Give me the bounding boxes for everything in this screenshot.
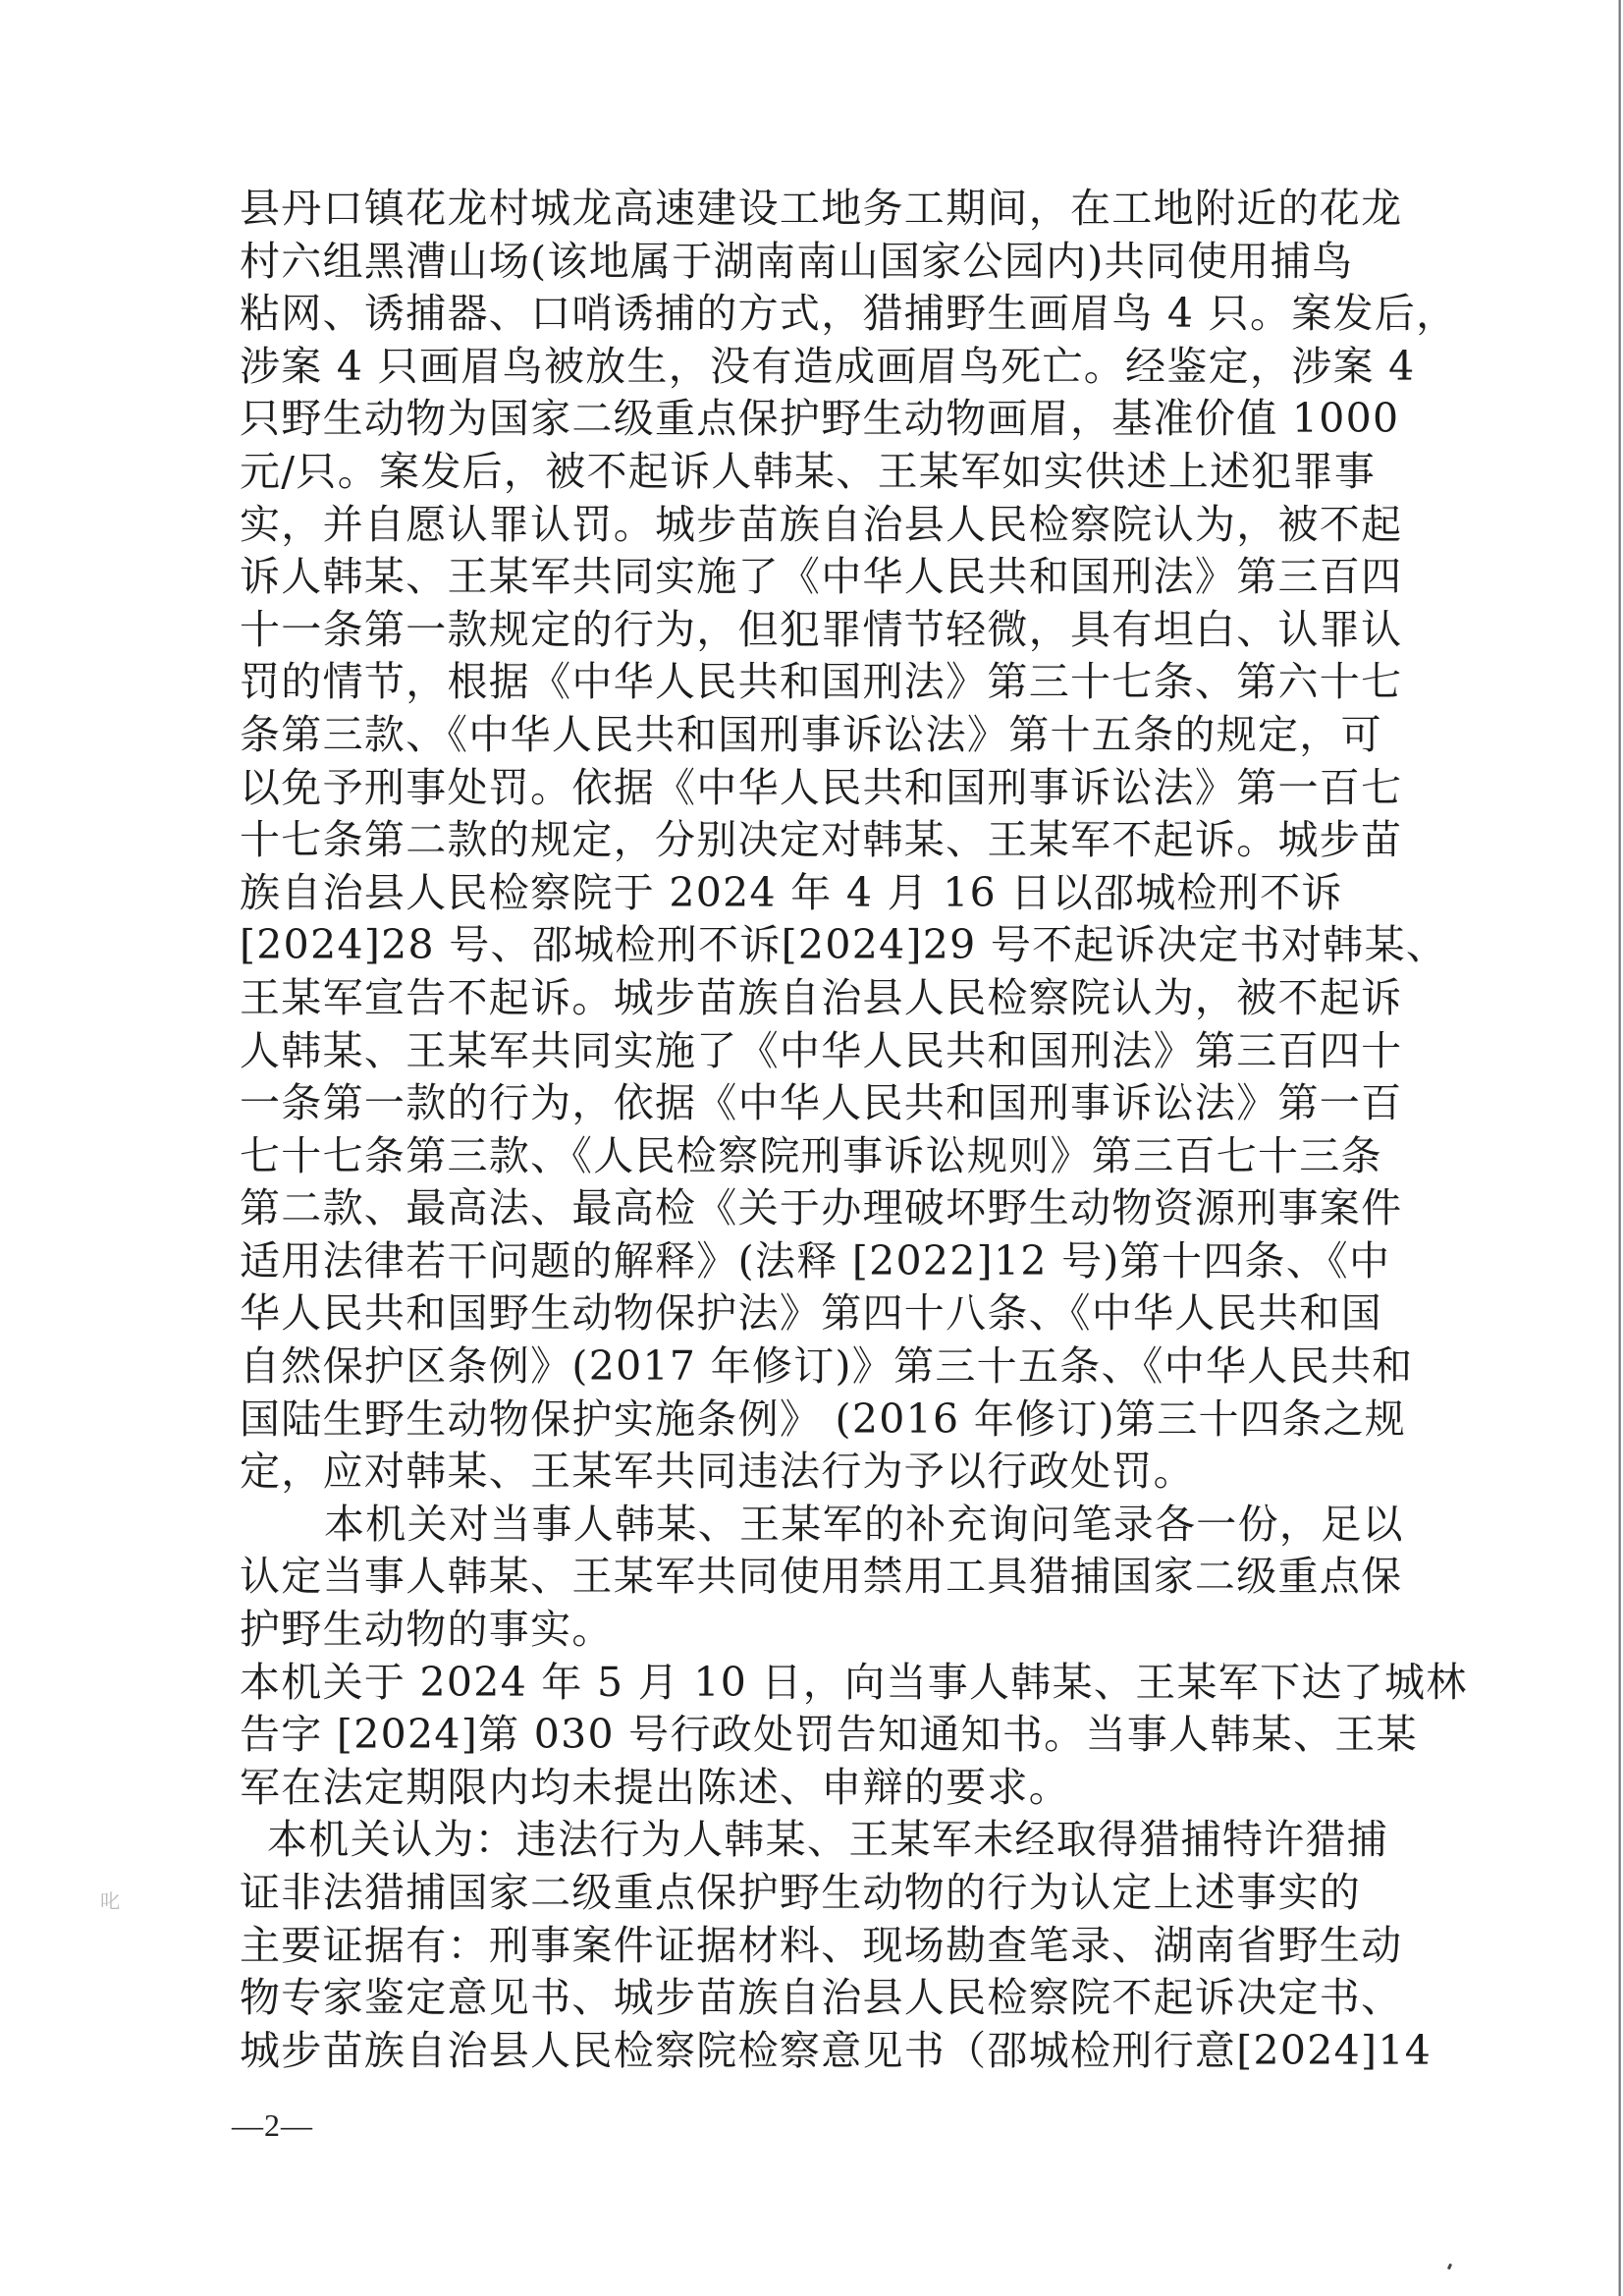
text-line: 国陆生野生动物保护实施条例》 (2016 年修订)第三十四条之规 [240,1394,1369,1447]
text-line: 族自治县人民检察院于 2024 年 4 月 16 日以邵城检刑不诉 [240,867,1369,920]
text-line: 实，并自愿认罪认罚。城步苗族自治县人民检察院认为，被不起 [240,499,1369,552]
text-line: 主要证据有：刑事案件证据材料、现场勘查笔录、湖南省野生动 [240,1920,1369,1973]
text-line: 七十七条第三款、《人民检察院刑事诉讼规则》第三百七十三条 [240,1130,1369,1183]
paragraph-start-line: 本机关认为：违法行为人韩某、王某军未经取得猎捕特许猎捕 [240,1814,1369,1867]
text-line: 军在法定期限内均未提出陈述、申辩的要求。 [240,1762,1369,1815]
text-line: 以免予刑事处罚。依据《中华人民共和国刑事诉讼法》第一百七 [240,762,1369,815]
text-line: 村六组黑漕山场(该地属于湖南南山国家公园内)共同使用捕鸟 [240,236,1369,289]
text-line: 定，应对韩某、王某军共同违法行为予以行政处罚。 [240,1446,1369,1499]
paragraph-start-line: 本机关对当事人韩某、王某军的补充询问笔录各一份，足以 [240,1499,1369,1552]
text-line: 条第三款、《中华人民共和国刑事诉讼法》第十五条的规定，可 [240,709,1369,762]
text-line: 证非法猎捕国家二级重点保护野生动物的行为认定上述事实的 [240,1867,1369,1920]
text-line: 罚的情节，根据《中华人民共和国刑法》第三十七条、第六十七 [240,656,1369,709]
text-line: 王某军宣告不起诉。城步苗族自治县人民检察院认为，被不起诉 [240,972,1369,1025]
text-line: 元/只。案发后，被不起诉人韩某、王某军如实供述上述犯罪事 [240,446,1369,499]
scan-speck [1447,2264,1452,2270]
scan-edge-border [1618,0,1621,2296]
page-number: —2— [232,2105,313,2145]
text-line: 十七条第二款的规定，分别决定对韩某、王某军不起诉。城步苗 [240,814,1369,867]
text-line: 华人民共和国野生动物保护法》第四十八条、《中华人民共和国 [240,1287,1369,1340]
text-line: 认定当事人韩某、王某军共同使用禁用工具猎捕国家二级重点保 [240,1551,1369,1604]
document-body: 县丹口镇花龙村城龙高速建设工地务工期间，在工地附近的花龙 村六组黑漕山场(该地属… [240,183,1369,2077]
text-line: 粘网、诱捕器、口哨诱捕的方式，猎捕野生画眉鸟 4 只。案发后， [240,288,1369,341]
document-page: 县丹口镇花龙村城龙高速建设工地务工期间，在工地附近的花龙 村六组黑漕山场(该地属… [0,0,1623,2296]
text-line: 第二款、最高法、最高检《关于办理破坏野生动物资源刑事案件 [240,1182,1369,1235]
text-line: 涉案 4 只画眉鸟被放生，没有造成画眉鸟死亡。经鉴定，涉案 4 [240,341,1369,394]
text-line: 护野生动物的事实。 [240,1604,1369,1657]
margin-scan-mark: 叱 [100,1886,120,1914]
text-line: 人韩某、王某军共同实施了《中华人民共和国刑法》第三百四十 [240,1025,1369,1078]
text-line: 告字 [2024]第 030 号行政处罚告知通知书。当事人韩某、王某 [240,1709,1369,1762]
text-line: 自然保护区条例》(2017 年修订)》第三十五条、《中华人民共和 [240,1340,1369,1394]
text-line: [2024]28 号、邵城检刑不诉[2024]29 号不起诉决定书对韩某、 [240,919,1369,972]
paragraph-start-line: 本机关于 2024 年 5 月 10 日，向当事人韩某、王某军下达了城林 [240,1657,1369,1710]
text-line: 县丹口镇花龙村城龙高速建设工地务工期间，在工地附近的花龙 [240,183,1369,236]
text-line: 城步苗族自治县人民检察院检察意见书（邵城检刑行意[2024]14 [240,2025,1369,2078]
text-line: 一条第一款的行为，依据《中华人民共和国刑事诉讼法》第一百 [240,1077,1369,1130]
text-line: 十一条第一款规定的行为，但犯罪情节轻微，具有坦白、认罪认 [240,604,1369,657]
text-line: 只野生动物为国家二级重点保护野生动物画眉，基准价值 1000 [240,393,1369,446]
text-line: 物专家鉴定意见书、城步苗族自治县人民检察院不起诉决定书、 [240,1972,1369,2025]
text-line: 适用法律若干问题的解释》(法释 [2022]12 号)第十四条、《中 [240,1235,1369,1288]
text-line: 诉人韩某、王某军共同实施了《中华人民共和国刑法》第三百四 [240,551,1369,604]
